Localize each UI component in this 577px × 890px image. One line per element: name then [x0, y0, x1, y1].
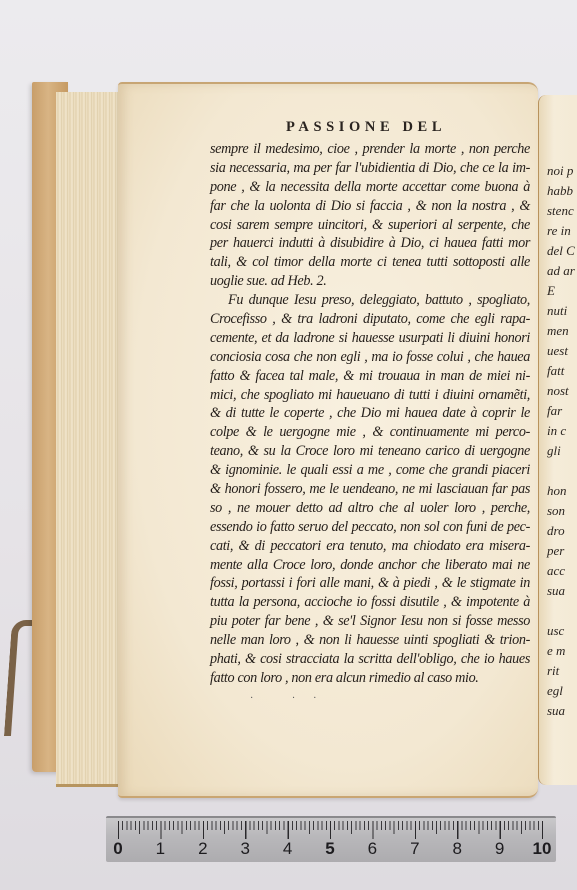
facing-page-text-fragment: hon [547, 483, 567, 499]
text-line: per hauerci indutti à disubidire à Dio, … [210, 234, 530, 253]
facing-page-text-fragment: stenc [547, 203, 574, 219]
text-line: nelle man loro , & non li hauesse uinti … [210, 631, 530, 650]
facing-page-text-fragment: per [547, 543, 564, 559]
text-line: mente alla Croce loro, donde anchor che … [210, 556, 530, 575]
ruler-label: 3 [235, 839, 255, 859]
text-line: fossi, portassi i fori alle mani, & à pi… [210, 574, 530, 593]
text-line: tutta la persona, accioche io fossi disu… [210, 593, 530, 612]
facing-page-text-fragment: rit [547, 663, 559, 679]
page-text-block: sempre il medesimo, cioe , prender la mo… [210, 140, 530, 688]
book-page-recto-fragment: noi phabbstencre indel Cad ar Enutimenue… [538, 95, 577, 785]
facing-page-text-fragment: uest [547, 343, 568, 359]
text-line: cosi sarem sempre uincitori, & superiori… [210, 216, 530, 235]
facing-page-text-fragment: egl [547, 683, 563, 699]
ink-specks: · ·· [250, 693, 335, 704]
facing-page-text-fragment: ad ar [547, 263, 575, 279]
text-line: cemente, et da ladrone si hauesse usurpa… [210, 329, 530, 348]
ruler-label: 8 [447, 839, 467, 859]
text-line: fatto & facea tal male, & mi trouaua in … [210, 367, 530, 386]
text-line: colpe & le uergogne mie , & continuament… [210, 423, 530, 442]
ruler-label: 7 [405, 839, 425, 859]
text-line: phati, & cosi stracciata la scritta dell… [210, 650, 530, 669]
ruler-label: 9 [490, 839, 510, 859]
text-line: & honori fossero, me le uendeano, ne mi … [210, 480, 530, 499]
ruler-label: 1 [150, 839, 170, 859]
text-line: so , ne mouer detto ad altro che al uole… [210, 499, 530, 518]
text-line: Fu dunque Iesu preso, deleggiato, battut… [210, 291, 530, 310]
facing-page-text-fragment: usc [547, 623, 564, 639]
text-line: teano, & su la Croce loro mi teneano car… [210, 442, 530, 461]
facing-page-text-fragment: dro [547, 523, 565, 539]
facing-page-text-fragment: nost [547, 383, 569, 399]
facing-page-text-fragment: del C [547, 243, 575, 259]
text-line: cati, & di peccatori era tenuto, ma chio… [210, 537, 530, 556]
text-line: sia necessaria, ma per far l'ubidientia … [210, 159, 530, 178]
text-line: pone , & la necessita della morte accett… [210, 178, 530, 197]
facing-page-text-fragment: re in [547, 223, 571, 239]
text-line: essendo io fatto seruo del peccato, non … [210, 518, 530, 537]
text-line: uoglie sue. ad Heb. 2. [210, 272, 530, 291]
facing-page-text-fragment: sua [547, 583, 565, 599]
facing-page-text-fragment: far [547, 403, 562, 419]
facing-page-text-fragment: e m [547, 643, 565, 659]
text-line: & di tutte le coperte , che Dio mi hauea… [210, 404, 530, 423]
facing-page-text-fragment: habb [547, 183, 573, 199]
facing-page-text-fragment: men [547, 323, 569, 339]
text-line: far che la uolonta di Dio si faccia , & … [210, 197, 530, 216]
measurement-ruler: 012345678910 [106, 816, 556, 862]
text-line: mici, che spogliato mi haueuano di tutti… [210, 386, 530, 405]
ruler-label: 5 [320, 839, 340, 859]
facing-page-text-fragment: son [547, 503, 565, 519]
ruler-label: 6 [362, 839, 382, 859]
facing-page-text-fragment: E [547, 283, 555, 299]
text-line: fatto con loro , non era alcun rimedio a… [210, 669, 530, 688]
facing-page-text-fragment: nuti [547, 303, 567, 319]
facing-page-text-fragment: fatt [547, 363, 564, 379]
ruler-major-ticks [118, 821, 544, 839]
text-line: & ignominie. le quali essi a me , come c… [210, 461, 530, 480]
text-line: sempre il medesimo, cioe , prender la mo… [210, 140, 530, 159]
facing-page-text-fragment: gli [547, 443, 561, 459]
text-line: tali, & col timor della morte ci tenea t… [210, 253, 530, 272]
ruler-label: 4 [278, 839, 298, 859]
facing-page-text-fragment: noi p [547, 163, 573, 179]
facing-page-text-fragment: in c [547, 423, 566, 439]
text-line: conciosia cosa che non egli , ma io foss… [210, 348, 530, 367]
ruler-label: 10 [532, 839, 552, 859]
ruler-label: 2 [193, 839, 213, 859]
facing-page-text-fragment: acc [547, 563, 565, 579]
ruler-label: 0 [108, 839, 128, 859]
text-line: piu poter far bene , & se'l Signor Iesu … [210, 612, 530, 631]
page-block-fore-edge [56, 92, 122, 787]
running-head: PASSIONE DEL [286, 119, 446, 136]
facing-page-text-fragment: sua [547, 703, 565, 719]
text-line: Crocefisso , & tra ladroni diputato, com… [210, 310, 530, 329]
